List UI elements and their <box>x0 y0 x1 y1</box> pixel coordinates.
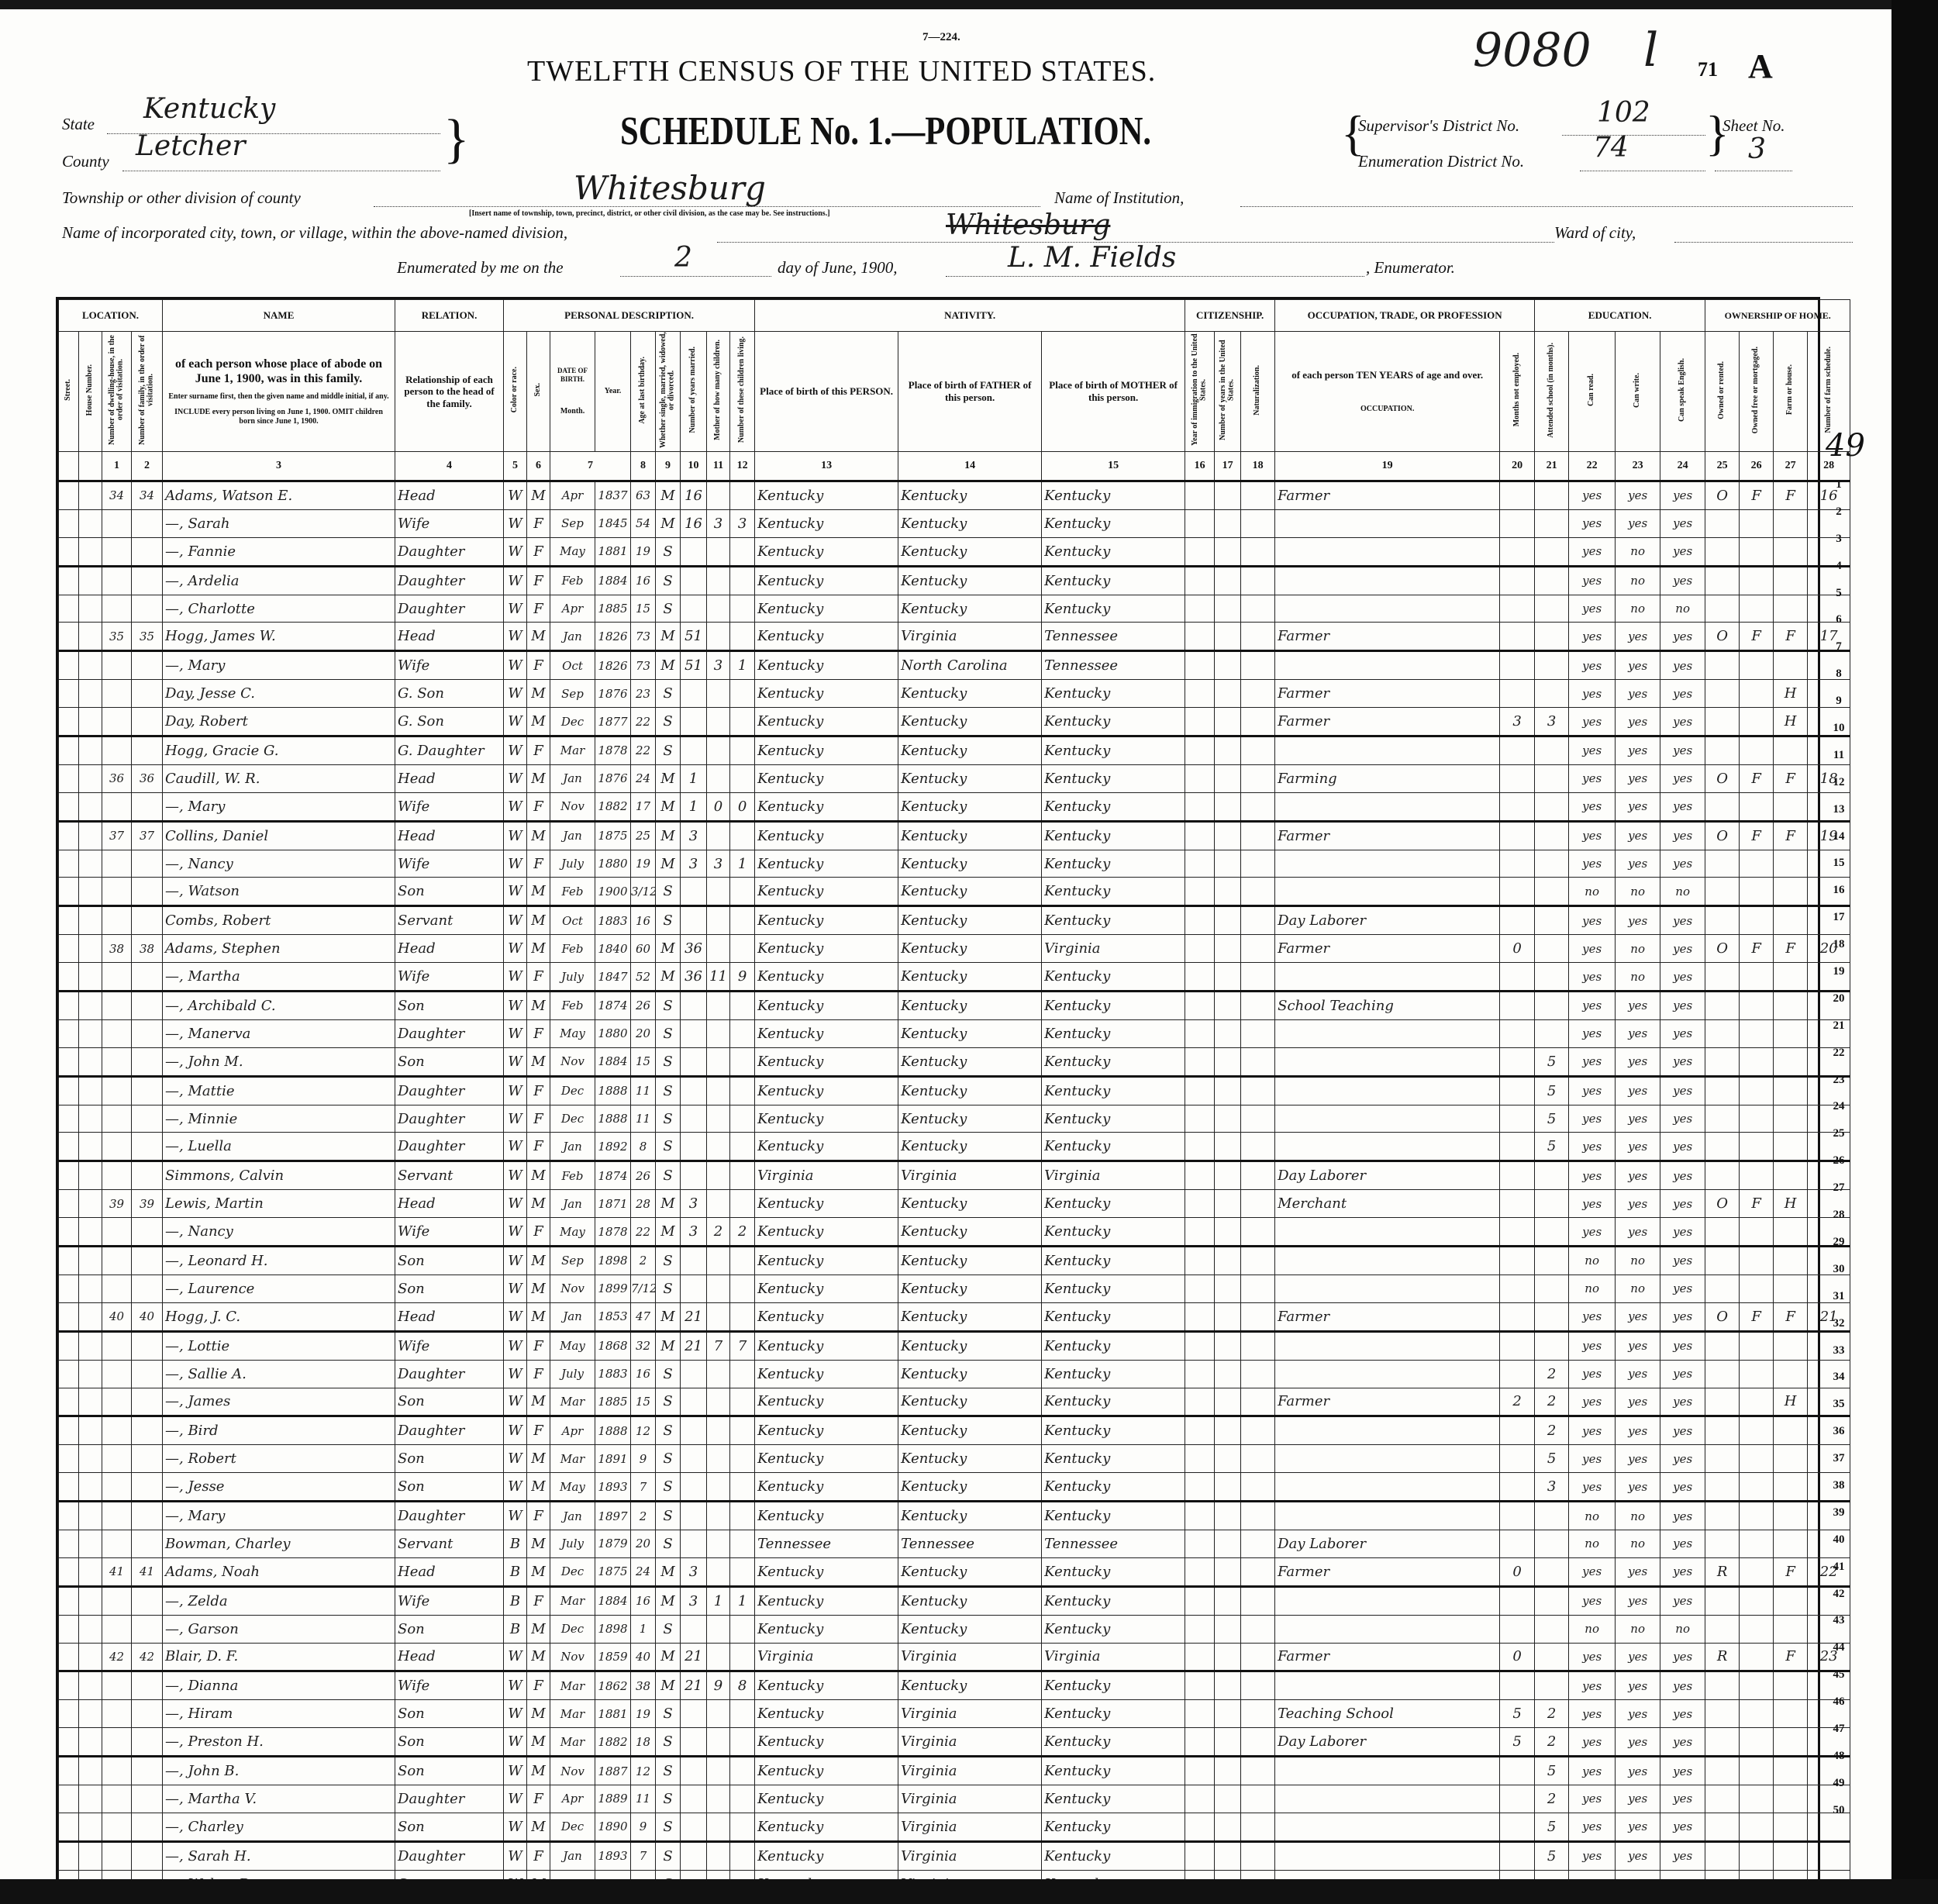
cell-father-birth: Virginia <box>898 623 1042 651</box>
cell-year: 1891 <box>595 1445 631 1473</box>
cell-can-write: yes <box>1616 1445 1660 1473</box>
table-row: Day, RobertG. SonWMDec187722SKentuckyKen… <box>59 708 1850 736</box>
cell-free-mortgaged <box>1740 1502 1774 1530</box>
table-row: Simmons, CalvinServantWMFeb187426SVirgin… <box>59 1161 1850 1190</box>
cell-sex: M <box>527 1615 550 1643</box>
cell-marital: M <box>656 481 681 510</box>
col-naturalization: Naturalization. <box>1241 332 1275 452</box>
cell-relation: Daughter <box>395 1841 504 1870</box>
cell-can-speak-english: yes <box>1660 1416 1705 1445</box>
cell-year: 1826 <box>595 651 631 680</box>
cell-color: W <box>504 821 527 850</box>
col-number: 23 <box>1616 452 1660 481</box>
cell-dwelling <box>102 509 132 537</box>
cell-relation: Head <box>395 1190 504 1218</box>
cell-age: 24 <box>631 1557 656 1586</box>
cell-mother-birth: Kentucky <box>1042 481 1185 510</box>
cell-year: 1878 <box>595 1218 631 1247</box>
cell-month: Jan <box>550 1190 595 1218</box>
cell-can-write: no <box>1616 1247 1660 1275</box>
cell-street <box>59 878 79 906</box>
cell-farm-house: F <box>1774 821 1808 850</box>
cell-can-write: yes <box>1616 1076 1660 1105</box>
table-row: —, MaryWifeWFNov188217M100KentuckyKentuc… <box>59 792 1850 821</box>
cell-free-mortgaged: F <box>1740 935 1774 963</box>
bracket-left: } <box>443 112 470 167</box>
cell-can-speak-english: no <box>1660 1615 1705 1643</box>
cell-months-unemployed <box>1500 878 1535 906</box>
cell-years-married <box>681 1360 707 1388</box>
cell-marital: S <box>656 1700 681 1728</box>
cell-year: 1874 <box>595 1161 631 1190</box>
cell-can-read: no <box>1569 1275 1616 1302</box>
cell-father-birth: Virginia <box>898 1841 1042 1870</box>
cell-can-speak-english: yes <box>1660 992 1705 1020</box>
cell-sex: M <box>527 1275 550 1302</box>
cell-immigration <box>1185 792 1215 821</box>
cell-father-birth: Kentucky <box>898 1047 1042 1076</box>
cell-occupation <box>1275 1247 1500 1275</box>
township-label: Township or other division of county <box>62 188 301 208</box>
cell-can-speak-english: yes <box>1660 680 1705 708</box>
cell-name: —, Dianna <box>163 1671 395 1700</box>
cell-age: 26 <box>631 1161 656 1190</box>
cell-school: 5 <box>1535 1813 1569 1841</box>
cell-years-married: 21 <box>681 1302 707 1331</box>
cell-father-birth: Kentucky <box>898 1302 1042 1331</box>
cell-can-write: yes <box>1616 1757 1660 1785</box>
cell-year: 1885 <box>595 1388 631 1416</box>
cell-father-birth: Kentucky <box>898 1331 1042 1360</box>
cell-years-married: 3 <box>681 821 707 850</box>
cell-birth-place: Kentucky <box>755 1190 898 1218</box>
cell-years-us <box>1215 1557 1241 1586</box>
cell-can-read: yes <box>1569 850 1616 878</box>
cell-naturalization <box>1241 509 1275 537</box>
page-letter: A <box>1748 47 1773 86</box>
cell-school <box>1535 623 1569 651</box>
cell-mother-birth: Kentucky <box>1042 821 1185 850</box>
cell-year: 1840 <box>595 935 631 963</box>
table-row: —, WatsonSonWMFeb19003/12SKentuckyKentuc… <box>59 878 1850 906</box>
cell-house <box>79 1416 102 1445</box>
cell-dwelling <box>102 1388 132 1416</box>
cell-name: —, Manerva <box>163 1019 395 1047</box>
col-years-in-us: Number of years in the United States. <box>1215 332 1241 452</box>
cell-name: —, John M. <box>163 1047 395 1076</box>
cell-mother-of <box>707 1133 730 1161</box>
col-age: Age at last birthday. <box>631 332 656 452</box>
cell-months-unemployed <box>1500 481 1535 510</box>
cell-naturalization <box>1241 1757 1275 1785</box>
cell-street <box>59 1785 79 1813</box>
cell-mother-birth: Kentucky <box>1042 792 1185 821</box>
cell-free-mortgaged <box>1740 1275 1774 1302</box>
cell-school <box>1535 537 1569 566</box>
cell-street <box>59 1047 79 1076</box>
cell-years-married <box>681 1275 707 1302</box>
cell-family <box>132 878 163 906</box>
cell-years-married <box>681 680 707 708</box>
cell-mother-of <box>707 708 730 736</box>
cell-month: Jan <box>550 1302 595 1331</box>
cell-years-married: 51 <box>681 651 707 680</box>
cell-house <box>79 1247 102 1275</box>
cell-living <box>730 1047 755 1076</box>
cell-name: —, Mattie <box>163 1076 395 1105</box>
line-number: 43 <box>1823 1607 1854 1634</box>
cell-free-mortgaged <box>1740 792 1774 821</box>
cell-years-married <box>681 566 707 595</box>
cell-sex: F <box>527 1586 550 1615</box>
cell-color: W <box>504 481 527 510</box>
cell-free-mortgaged <box>1740 1473 1774 1502</box>
cell-family: 41 <box>132 1557 163 1586</box>
cell-years-married <box>681 1700 707 1728</box>
line-number: 14 <box>1823 823 1854 850</box>
cell-street <box>59 1247 79 1275</box>
cell-family <box>132 537 163 566</box>
cell-family <box>132 1813 163 1841</box>
cell-years-married: 3 <box>681 1190 707 1218</box>
cell-naturalization <box>1241 764 1275 792</box>
cell-name: Adams, Noah <box>163 1557 395 1586</box>
cell-age: 52 <box>631 963 656 992</box>
cell-family <box>132 906 163 935</box>
cell-living <box>730 906 755 935</box>
cell-years-us <box>1215 1133 1241 1161</box>
cell-birth-place: Kentucky <box>755 1416 898 1445</box>
col-number: 12 <box>730 452 755 481</box>
cell-mother-birth: Kentucky <box>1042 1133 1185 1161</box>
cell-house <box>79 1360 102 1388</box>
cell-year: 1879 <box>595 1530 631 1557</box>
cell-can-speak-english: yes <box>1660 1586 1705 1615</box>
cell-can-speak-english: yes <box>1660 1445 1705 1473</box>
col-number: 25 <box>1705 452 1740 481</box>
cell-naturalization <box>1241 680 1275 708</box>
cell-marital: M <box>656 963 681 992</box>
cell-free-mortgaged <box>1740 595 1774 623</box>
cell-farm-house: H <box>1774 680 1808 708</box>
cell-mother-birth: Kentucky <box>1042 1671 1185 1700</box>
cell-mother-of: 11 <box>707 963 730 992</box>
cell-month: Jan <box>550 764 595 792</box>
cell-father-birth: Virginia <box>898 1785 1042 1813</box>
line-number: 21 <box>1823 1012 1854 1040</box>
cell-mother-of <box>707 992 730 1020</box>
cell-relation: Son <box>395 1047 504 1076</box>
cell-sex: M <box>527 1388 550 1416</box>
cell-family <box>132 1473 163 1502</box>
cell-years-us <box>1215 1275 1241 1302</box>
cell-age: 19 <box>631 537 656 566</box>
cell-year: 1884 <box>595 1047 631 1076</box>
cell-immigration <box>1185 1019 1215 1047</box>
cell-mother-birth: Kentucky <box>1042 1190 1185 1218</box>
county-label: County <box>62 152 109 171</box>
cell-father-birth: Kentucky <box>898 1133 1042 1161</box>
cell-can-write: yes <box>1616 1047 1660 1076</box>
cell-color: W <box>504 1643 527 1671</box>
cell-naturalization <box>1241 595 1275 623</box>
cell-immigration <box>1185 595 1215 623</box>
cell-years-married <box>681 1530 707 1557</box>
cell-name: —, Archibald C. <box>163 992 395 1020</box>
cell-birth-place: Kentucky <box>755 1757 898 1785</box>
cell-school <box>1535 1586 1569 1615</box>
cell-mother-birth: Virginia <box>1042 1643 1185 1671</box>
cell-year: 1826 <box>595 623 631 651</box>
cell-farm-house <box>1774 595 1808 623</box>
cell-years-us <box>1215 1019 1241 1047</box>
cell-years-married: 3 <box>681 1557 707 1586</box>
cell-farm-house <box>1774 1757 1808 1785</box>
cell-house <box>79 680 102 708</box>
cell-can-write: no <box>1616 935 1660 963</box>
cell-occupation: Day Laborer <box>1275 1728 1500 1757</box>
cell-sex: F <box>527 1360 550 1388</box>
cell-owned-rented <box>1705 1388 1740 1416</box>
cell-relation: Wife <box>395 963 504 992</box>
line-number: 16 <box>1823 877 1854 904</box>
cell-free-mortgaged <box>1740 680 1774 708</box>
cell-naturalization <box>1241 821 1275 850</box>
cell-school <box>1535 595 1569 623</box>
cell-relation: Wife <box>395 509 504 537</box>
cell-mother-birth: Kentucky <box>1042 1331 1185 1360</box>
cell-year: 1884 <box>595 566 631 595</box>
cell-relation: Wife <box>395 651 504 680</box>
line-number: 24 <box>1823 1093 1854 1120</box>
line-number: 1 <box>1823 471 1854 498</box>
cell-mother-of: 3 <box>707 651 730 680</box>
cell-mother-of <box>707 1841 730 1870</box>
cell-mother-birth: Kentucky <box>1042 1445 1185 1473</box>
cell-color: W <box>504 1813 527 1841</box>
cell-age: 28 <box>631 1190 656 1218</box>
cell-birth-place: Kentucky <box>755 708 898 736</box>
cell-years-us <box>1215 623 1241 651</box>
col-house-number: House Number. <box>79 332 102 452</box>
cell-mother-birth: Kentucky <box>1042 1557 1185 1586</box>
cell-free-mortgaged <box>1740 850 1774 878</box>
cell-can-read: yes <box>1569 1643 1616 1671</box>
cell-school <box>1535 963 1569 992</box>
cell-father-birth: Kentucky <box>898 1019 1042 1047</box>
table-row: 3434Adams, Watson E.HeadWMApr183763M16Ke… <box>59 481 1850 510</box>
cell-farm-house <box>1774 566 1808 595</box>
col-number <box>59 452 79 481</box>
cell-street <box>59 1133 79 1161</box>
cell-immigration <box>1185 736 1215 765</box>
cell-school: 5 <box>1535 1047 1569 1076</box>
cell-mother-birth: Virginia <box>1042 1161 1185 1190</box>
line-number: 2 <box>1823 498 1854 526</box>
cell-month: Dec <box>550 1615 595 1643</box>
cell-owned-rented <box>1705 736 1740 765</box>
cell-house <box>79 1841 102 1870</box>
cell-farm-house <box>1774 1700 1808 1728</box>
cell-can-write: yes <box>1616 1161 1660 1190</box>
cell-name: —, Nancy <box>163 1218 395 1247</box>
line-number: 34 <box>1823 1364 1854 1391</box>
table-row: —, LuellaDaughterWFJan18928SKentuckyKent… <box>59 1133 1850 1161</box>
cell-marital: S <box>656 1416 681 1445</box>
cell-can-speak-english: yes <box>1660 651 1705 680</box>
cell-age: 20 <box>631 1530 656 1557</box>
cell-street <box>59 1302 79 1331</box>
cell-farm-house <box>1774 1728 1808 1757</box>
table-row: —, Preston H.SonWMMar188218SKentuckyVirg… <box>59 1728 1850 1757</box>
cell-school <box>1535 850 1569 878</box>
col-number: 20 <box>1500 452 1535 481</box>
cell-birth-place: Kentucky <box>755 992 898 1020</box>
cell-birth-place: Tennessee <box>755 1530 898 1557</box>
cell-house <box>79 509 102 537</box>
cell-living: 2 <box>730 1218 755 1247</box>
cell-free-mortgaged <box>1740 566 1774 595</box>
col-english: Can speak English. <box>1660 332 1705 452</box>
cell-mother-birth: Kentucky <box>1042 1105 1185 1133</box>
cell-father-birth: Kentucky <box>898 850 1042 878</box>
cell-color: W <box>504 1331 527 1360</box>
line-number: 7 <box>1823 633 1854 661</box>
margin-note: 49 <box>1826 428 1865 464</box>
cell-mother-birth: Kentucky <box>1042 992 1185 1020</box>
cell-relation: Son <box>395 1247 504 1275</box>
cell-occupation <box>1275 1133 1500 1161</box>
cell-occupation <box>1275 1502 1500 1530</box>
cell-age: 2 <box>631 1502 656 1530</box>
cell-birth-place: Kentucky <box>755 1615 898 1643</box>
cell-family <box>132 1416 163 1445</box>
cell-mother-of <box>707 1019 730 1047</box>
cell-months-unemployed <box>1500 1190 1535 1218</box>
cell-color: W <box>504 1671 527 1700</box>
cell-years-married: 1 <box>681 764 707 792</box>
cell-dwelling <box>102 1445 132 1473</box>
cell-living <box>730 595 755 623</box>
cell-years-married: 21 <box>681 1671 707 1700</box>
cell-can-read: no <box>1569 1502 1616 1530</box>
cell-months-unemployed <box>1500 1841 1535 1870</box>
cell-living <box>730 537 755 566</box>
cell-living <box>730 1473 755 1502</box>
table-row: —, LottieWifeWFMay186832M2177KentuckyKen… <box>59 1331 1850 1360</box>
cell-farm-house <box>1774 792 1808 821</box>
cell-owned-rented <box>1705 651 1740 680</box>
cell-living: 9 <box>730 963 755 992</box>
cell-naturalization <box>1241 1530 1275 1557</box>
cell-street <box>59 481 79 510</box>
cell-color: W <box>504 1502 527 1530</box>
cell-naturalization <box>1241 481 1275 510</box>
cell-can-read: yes <box>1569 1557 1616 1586</box>
cell-school: 5 <box>1535 1105 1569 1133</box>
cell-occupation: Farmer <box>1275 821 1500 850</box>
cell-living <box>730 1133 755 1161</box>
line-number: 27 <box>1823 1174 1854 1202</box>
cell-years-married <box>681 708 707 736</box>
col-free-mortgaged: Owned free or mortgaged. <box>1740 332 1774 452</box>
cell-street <box>59 850 79 878</box>
cell-color: W <box>504 1841 527 1870</box>
cell-family <box>132 1757 163 1785</box>
cell-months-unemployed <box>1500 623 1535 651</box>
cell-family <box>132 1841 163 1870</box>
cell-birth-place: Kentucky <box>755 1671 898 1700</box>
cell-color: W <box>504 1757 527 1785</box>
cell-mother-of <box>707 537 730 566</box>
cell-occupation: Farmer <box>1275 1557 1500 1586</box>
cell-living <box>730 1360 755 1388</box>
cell-color: W <box>504 764 527 792</box>
cell-name: Lewis, Martin <box>163 1190 395 1218</box>
cell-dwelling <box>102 1416 132 1445</box>
col-family: Number of family, in the order of visita… <box>132 332 163 452</box>
cell-family <box>132 1445 163 1473</box>
cell-can-write: yes <box>1616 1700 1660 1728</box>
cell-owned-rented <box>1705 1700 1740 1728</box>
cell-years-married: 36 <box>681 935 707 963</box>
cell-name: Hogg, J. C. <box>163 1302 395 1331</box>
cell-school <box>1535 481 1569 510</box>
cell-living <box>730 1019 755 1047</box>
cell-mother-birth: Kentucky <box>1042 1275 1185 1302</box>
table-row: —, JesseSonWMMay18937SKentuckyKentuckyKe… <box>59 1473 1850 1502</box>
cell-owned-rented <box>1705 1473 1740 1502</box>
cell-year: 1847 <box>595 963 631 992</box>
cell-street <box>59 736 79 765</box>
cell-years-married <box>681 1841 707 1870</box>
cell-living <box>730 1076 755 1105</box>
table-row: —, John M.SonWMNov188415SKentuckyKentuck… <box>59 1047 1850 1076</box>
cell-age: 73 <box>631 623 656 651</box>
cell-sex: M <box>527 764 550 792</box>
cell-school <box>1535 1161 1569 1190</box>
cell-street <box>59 1076 79 1105</box>
cell-farm-house: F <box>1774 935 1808 963</box>
cell-house <box>79 651 102 680</box>
cell-living <box>730 764 755 792</box>
cell-farm-house <box>1774 1615 1808 1643</box>
cell-sex: M <box>527 680 550 708</box>
cell-street <box>59 1019 79 1047</box>
cell-mother-birth: Kentucky <box>1042 1813 1185 1841</box>
cell-age: 23 <box>631 680 656 708</box>
cell-marital: M <box>656 792 681 821</box>
cell-sex: M <box>527 623 550 651</box>
cell-year: 1875 <box>595 1557 631 1586</box>
cell-month: Apr <box>550 595 595 623</box>
cell-sex: F <box>527 1416 550 1445</box>
cell-occupation <box>1275 1841 1500 1870</box>
cell-year: 1888 <box>595 1416 631 1445</box>
cell-sex: M <box>527 1643 550 1671</box>
cell-marital: M <box>656 1643 681 1671</box>
cell-immigration <box>1185 1757 1215 1785</box>
cell-age: 12 <box>631 1757 656 1785</box>
cell-school <box>1535 509 1569 537</box>
cell-occupation: School Teaching <box>1275 992 1500 1020</box>
cell-years-married <box>681 1502 707 1530</box>
cell-month: Mar <box>550 1388 595 1416</box>
cell-occupation <box>1275 792 1500 821</box>
cell-months-unemployed: 5 <box>1500 1700 1535 1728</box>
cell-marital: S <box>656 1530 681 1557</box>
cell-house <box>79 1076 102 1105</box>
